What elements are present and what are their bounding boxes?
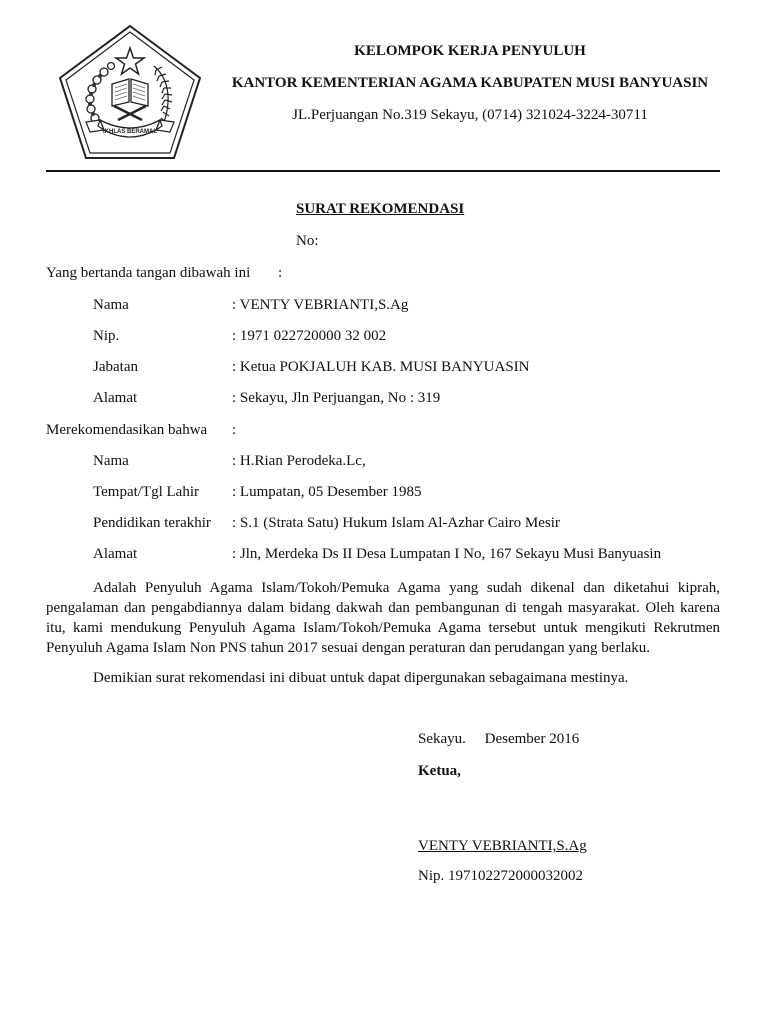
signatory-intro-colon: : bbox=[278, 265, 282, 282]
signatory-position-value: : Ketua POKJALUH KAB. MUSI BANYUASIN bbox=[232, 359, 530, 376]
signatory-position-label: Jabatan bbox=[93, 359, 138, 376]
signature-place-date: Sekayu. Desember 2016 bbox=[418, 731, 579, 748]
candidate-address-label: Alamat bbox=[93, 546, 137, 563]
signatory-address-value: : Sekayu, Jln Perjuangan, No : 319 bbox=[232, 390, 440, 407]
signature-role: Ketua, bbox=[418, 763, 461, 780]
body-paragraph-1-text: Adalah Penyuluh Agama Islam/Tokoh/Pemuka… bbox=[46, 580, 720, 656]
candidate-education-value: : S.1 (Strata Satu) Hukum Islam Al-Azhar… bbox=[232, 515, 560, 532]
signatory-address-label: Alamat bbox=[93, 390, 137, 407]
svg-text:IKHLAS BERAMAL: IKHLAS BERAMAL bbox=[103, 129, 157, 135]
letterhead-address: JL.Perjuangan No.319 Sekayu, (0714) 3210… bbox=[210, 107, 730, 124]
body-paragraph-2: Demikian surat rekomendasi ini dibuat un… bbox=[46, 668, 720, 688]
recommendation-intro: Merekomendasikan bahwa bbox=[46, 422, 207, 439]
candidate-name-label: Nama bbox=[93, 453, 129, 470]
signatory-nip-value: : 1971 022720000 32 002 bbox=[232, 328, 386, 345]
letterhead-title-office: KANTOR KEMENTERIAN AGAMA KABUPATEN MUSI … bbox=[210, 75, 730, 92]
body-paragraph-1: Adalah Penyuluh Agama Islam/Tokoh/Pemuka… bbox=[46, 578, 720, 658]
body-paragraph-2-text: Demikian surat rekomendasi ini dibuat un… bbox=[93, 670, 628, 686]
kementerian-agama-emblem-icon: IKHLAS BERAMAL bbox=[56, 22, 204, 162]
candidate-education-label: Pendidikan terakhir bbox=[93, 515, 211, 532]
candidate-birth-value: : Lumpatan, 05 Desember 1985 bbox=[232, 484, 422, 501]
letterhead-title-organization: KELOMPOK KERJA PENYULUH bbox=[210, 43, 730, 60]
signatory-name-label: Nama bbox=[93, 297, 129, 314]
signatory-intro: Yang bertanda tangan dibawah ini bbox=[46, 265, 250, 282]
signatory-name-value: : VENTY VEBRIANTI,S.Ag bbox=[232, 297, 408, 314]
document-number: No: bbox=[296, 233, 319, 250]
candidate-address-value: : Jln, Merdeka Ds II Desa Lumpatan I No,… bbox=[232, 546, 661, 563]
letterhead-divider bbox=[46, 170, 720, 172]
candidate-birth-label: Tempat/Tgl Lahir bbox=[93, 484, 199, 501]
signature-nip: Nip. 197102272000032002 bbox=[418, 868, 583, 885]
signature-name: VENTY VEBRIANTI,S.Ag bbox=[418, 838, 587, 855]
recommendation-intro-colon: : bbox=[232, 422, 236, 439]
candidate-name-value: : H.Rian Perodeka.Lc, bbox=[232, 453, 366, 470]
document-title: SURAT REKOMENDASI bbox=[296, 201, 464, 218]
signatory-nip-label: Nip. bbox=[93, 328, 119, 345]
